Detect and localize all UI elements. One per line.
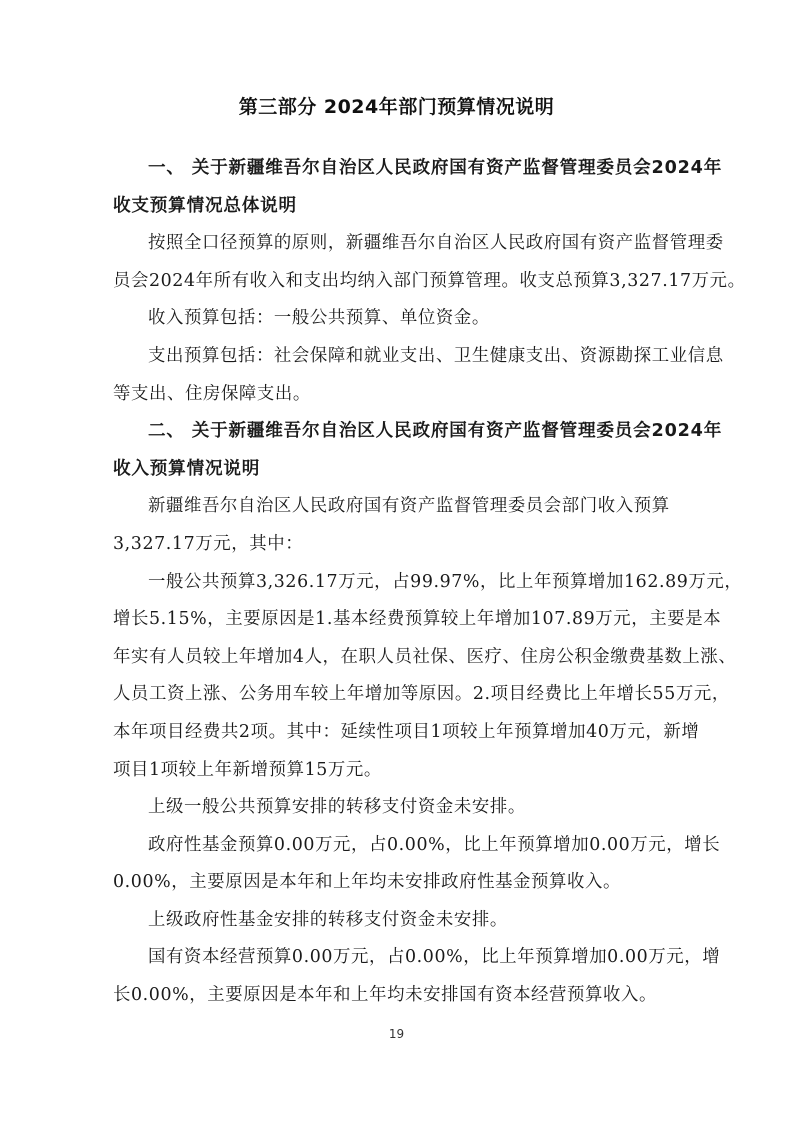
- paragraph-line: 收入预算包括：一般公共预算、单位资金。: [113, 300, 697, 338]
- paragraph-line: 0.00%，主要原因是本年和上年均未安排政府性基金预算收入。: [113, 864, 697, 902]
- paragraph-line: 等支出、住房保障支出。: [113, 376, 697, 414]
- paragraph-line: 年实有人员较上年增加4人，在职人员社保、医疗、住房公积金缴费基数上涨、: [113, 639, 697, 677]
- paragraph-line: 项目1项较上年新增预算15万元。: [113, 752, 697, 790]
- section-2-heading-line-2: 收入预算情况说明: [113, 451, 697, 489]
- paragraph-line: 人员工资上涨、公务用车较上年增加等原因。2.项目经费比上年增长55万元，: [113, 676, 697, 714]
- paragraph-line: 3,327.17万元，其中：: [113, 526, 697, 564]
- section-2: 二、 关于新疆维吾尔自治区人民政府国有资产监督管理委员会2024年 收入预算情况…: [113, 413, 697, 1015]
- page-number: 19: [0, 1027, 793, 1041]
- paragraph-line: 增长5.15%，主要原因是1.基本经费预算较上年增加107.89万元，主要是本: [113, 601, 697, 639]
- paragraph-line: 新疆维吾尔自治区人民政府国有资产监督管理委员会部门收入预算: [113, 488, 697, 526]
- paragraph-line: 国有资本经营预算0.00万元，占0.00%，比上年预算增加0.00万元，增: [113, 939, 697, 977]
- paragraph-line: 按照全口径预算的原则，新疆维吾尔自治区人民政府国有资产监督管理委: [113, 225, 697, 263]
- section-1: 一、 关于新疆维吾尔自治区人民政府国有资产监督管理委员会2024年 收支预算情况…: [113, 150, 697, 413]
- paragraph-line: 上级政府性基金安排的转移支付资金未安排。: [113, 902, 697, 940]
- paragraph-line: 员会2024年所有收入和支出均纳入部门预算管理。收支总预算3,327.17万元。: [113, 263, 697, 301]
- section-1-heading-line-2: 收支预算情况总体说明: [113, 188, 697, 226]
- paragraph-line: 支出预算包括：社会保障和就业支出、卫生健康支出、资源勘探工业信息: [113, 338, 697, 376]
- section-1-heading-line-1: 一、 关于新疆维吾尔自治区人民政府国有资产监督管理委员会2024年: [113, 150, 697, 188]
- paragraph-line: 政府性基金预算0.00万元，占0.00%，比上年预算增加0.00万元，增长: [113, 827, 697, 865]
- paragraph-line: 本年项目经费共2项。其中：延续性项目1项较上年预算增加40万元，新增: [113, 714, 697, 752]
- paragraph-line: 长0.00%，主要原因是本年和上年均未安排国有资本经营预算收入。: [113, 977, 697, 1015]
- paragraph-line: 上级一般公共预算安排的转移支付资金未安排。: [113, 789, 697, 827]
- document-body: 一、 关于新疆维吾尔自治区人民政府国有资产监督管理委员会2024年 收支预算情况…: [113, 150, 697, 1015]
- document-page: 第三部分 2024年部门预算情况说明 一、 关于新疆维吾尔自治区人民政府国有资产…: [0, 0, 793, 1122]
- page-title: 第三部分 2024年部门预算情况说明: [0, 92, 793, 119]
- section-2-heading-line-1: 二、 关于新疆维吾尔自治区人民政府国有资产监督管理委员会2024年: [113, 413, 697, 451]
- paragraph-line: 一般公共预算3,326.17万元，占99.97%，比上年预算增加162.89万元…: [113, 564, 697, 602]
